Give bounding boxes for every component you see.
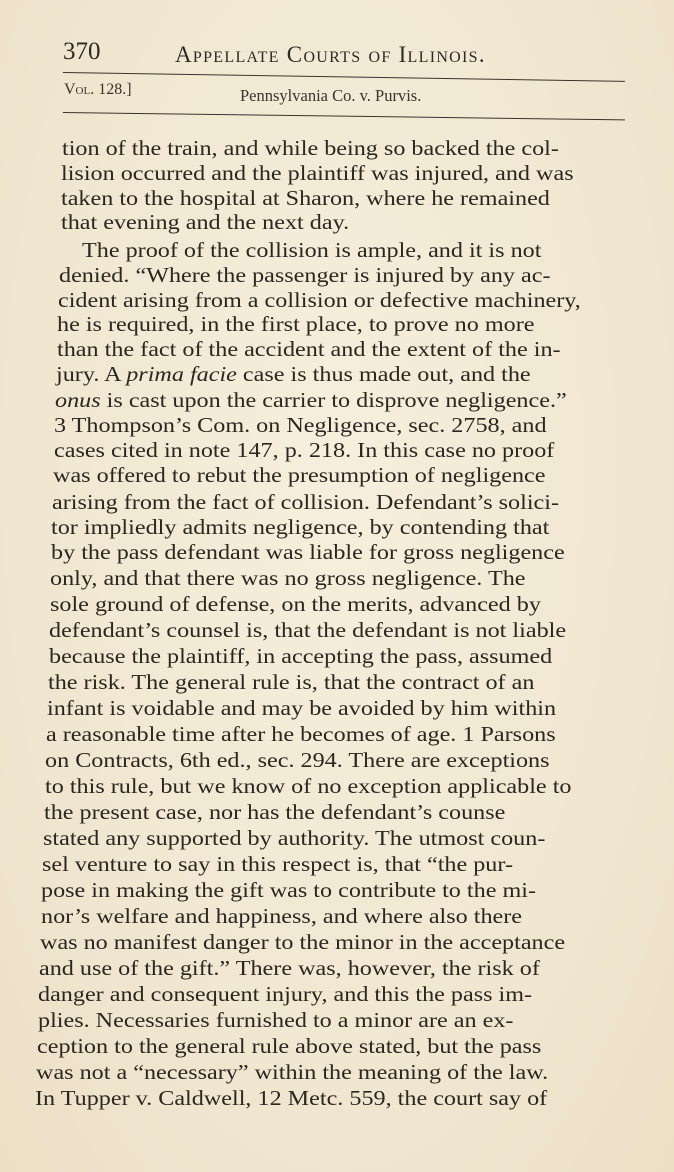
text-line: tion of the train, and while being so ba… xyxy=(62,136,559,161)
page-number: 370 xyxy=(63,38,101,66)
text-line: lision occurred and the plaintiff was in… xyxy=(61,161,574,186)
text-line: arising from the fact of collision. Defe… xyxy=(52,490,559,515)
text-line: stated any supported by authority. The u… xyxy=(43,826,545,851)
text-line: plies. Necessaries furnished to a minor … xyxy=(38,1008,513,1033)
italic-phrase: prima facie xyxy=(126,362,237,386)
text-line: infant is voidable and may be avoided by… xyxy=(47,696,556,721)
text-line: that evening and the next day. xyxy=(61,210,349,235)
text-line: to this rule, but we know of no exceptio… xyxy=(45,774,571,799)
text-line: only, and that there was no gross neglig… xyxy=(50,566,525,591)
text-line: a reasonable time after he becomes of ag… xyxy=(46,722,556,747)
text-line: tor impliedly admits negligence, by cont… xyxy=(51,515,549,540)
text-line: nor’s welfare and happiness, and where a… xyxy=(41,904,522,929)
text-line: was offered to rebut the presumption of … xyxy=(53,463,545,488)
text-line: was not a “necessary” within the meaning… xyxy=(36,1060,548,1085)
text-line: and use of the gift.” There was, however… xyxy=(39,956,540,981)
text-line: In Tupper v. Caldwell, 12 Metc. 559, the… xyxy=(35,1086,547,1111)
text-line: denied. “Where the passenger is injured … xyxy=(59,263,551,288)
text-line: than the fact of the accident and the ex… xyxy=(57,337,561,362)
text-span: case is thus made out, and the xyxy=(237,362,531,386)
text-line: sole ground of defense, on the merits, a… xyxy=(50,592,541,617)
text-line: The proof of the collision is ample, and… xyxy=(82,238,541,263)
text-line: because the plaintiff, in accepting the … xyxy=(49,644,552,669)
text-line: the present case, nor has the defendant’… xyxy=(44,800,505,825)
text-line: danger and consequent injury, and this t… xyxy=(38,982,532,1007)
text-line: cases cited in note 147, p. 218. In this… xyxy=(54,438,554,463)
text-line: sel venture to say in this respect is, t… xyxy=(42,852,513,877)
text-span: jury. A xyxy=(56,362,126,386)
text-line: taken to the hospital at Sharon, where h… xyxy=(61,186,550,211)
text-line: was no manifest danger to the minor in t… xyxy=(40,930,565,955)
text-line: he is required, in the first place, to p… xyxy=(57,312,534,337)
running-head: 370 Appellate Courts of Illinois. xyxy=(63,36,623,76)
text-span: is cast upon the carrier to disprove neg… xyxy=(101,388,567,412)
text-line: cident arising from a collision or defec… xyxy=(58,288,581,313)
case-name: Pennsylvania Co. v. Purvis. xyxy=(240,86,421,106)
italic-phrase: onus xyxy=(55,388,101,412)
text-line: defendant’s counsel is, that the defenda… xyxy=(49,618,566,643)
text-line: 3 Thompson’s Com. on Negligence, sec. 27… xyxy=(54,413,547,438)
journal-title: Appellate Courts of Illinois. xyxy=(175,42,486,68)
text-line: jury. A prima facie case is thus made ou… xyxy=(56,362,531,387)
text-line: the risk. The general rule is, that the … xyxy=(48,670,534,695)
text-line: pose in making the gift was to contribut… xyxy=(41,878,536,903)
text-line: onus is cast upon the carrier to disprov… xyxy=(55,388,567,413)
volume-label: Vol. 128.] xyxy=(64,81,132,99)
text-line: ception to the general rule above stated… xyxy=(37,1034,541,1059)
text-line: by the pass defendant was liable for gro… xyxy=(51,540,565,565)
header-rule-bottom xyxy=(63,112,625,120)
book-page: 370 Appellate Courts of Illinois. Vol. 1… xyxy=(0,0,674,1172)
text-line: on Contracts, 6th ed., sec. 294. There a… xyxy=(45,748,550,773)
